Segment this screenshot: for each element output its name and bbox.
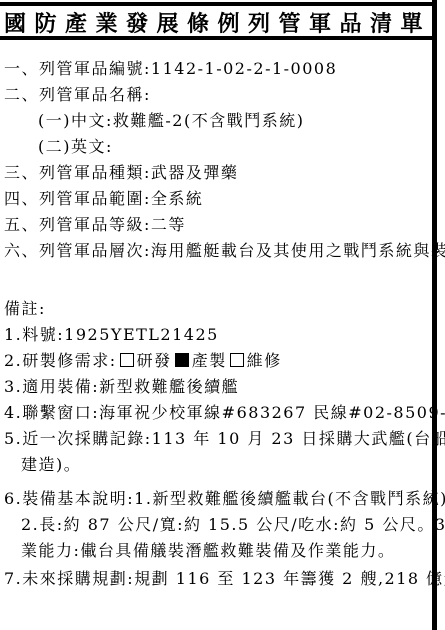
remark-basic-description-line3: 業能力:儎台具備艤裝潛艦救難裝備及作業能力。 bbox=[4, 538, 444, 564]
title-bottom-rule bbox=[0, 36, 432, 40]
checkbox-production-label: 產製 bbox=[192, 351, 227, 370]
remark-value: 1925YETL21425 bbox=[64, 325, 219, 344]
field-item-code: 一、列管軍品編號:1142-1-02-2-1-0008 bbox=[4, 56, 444, 82]
remarks-heading: 備註: bbox=[4, 296, 444, 322]
remark-basic-description-line2: 2.長:約 87 公尺/寬:約 15.5 公尺/吃水:約 5 公尺。3.作 bbox=[4, 512, 444, 538]
remark-value: 海軍祝少校軍線#683267 民線#02-8509-5238 bbox=[99, 403, 445, 422]
checkbox-maintenance-label: 維修 bbox=[247, 351, 282, 370]
remark-value: 1.新型救難艦後續艦載台(不含戰鬥系統)。 bbox=[134, 489, 445, 508]
field-value: 海用艦艇載台及其使用之戰鬥系統與裝備 bbox=[151, 241, 445, 260]
remark-future-procurement: 7.未來採購規劃:規劃 116 至 123 年籌獲 2 艘,218 億元。 bbox=[4, 566, 444, 592]
remark-value: 規劃 116 至 123 年籌獲 2 艘,218 億元。 bbox=[134, 569, 445, 588]
remark-contact: 4.聯繫窗口:海軍祝少校軍線#683267 民線#02-8509-5238 bbox=[4, 400, 444, 426]
field-item-name: 二、列管軍品名稱: bbox=[4, 82, 444, 108]
checkbox-production-icon bbox=[175, 353, 189, 367]
field-label: 一、列管軍品編號: bbox=[4, 59, 151, 78]
remark-label: 3.適用裝備: bbox=[4, 377, 99, 396]
field-label: 二、列管軍品名稱: bbox=[4, 85, 151, 104]
field-label: 五、列管軍品等級: bbox=[4, 215, 151, 234]
remark-label: 4.聯繫窗口: bbox=[4, 403, 99, 422]
field-label: (二)英文: bbox=[38, 137, 113, 156]
remark-basic-description: 6.裝備基本說明:1.新型救難艦後續艦載台(不含戰鬥系統)。 bbox=[4, 486, 444, 512]
page-title: 國防產業發展條例列管軍品清單 bbox=[4, 7, 431, 38]
remark-applicable-equipment: 3.適用裝備:新型救難艦後續艦 bbox=[4, 374, 444, 400]
remark-requirement: 2.研製修需求:研發產製維修 bbox=[4, 348, 444, 374]
remark-value: 113 年 10 月 23 日採購大武艦(台船公司 bbox=[152, 429, 445, 448]
field-value: 二等 bbox=[151, 215, 186, 234]
field-value: 全系統 bbox=[151, 189, 204, 208]
remark-label: 6.裝備基本說明: bbox=[4, 489, 134, 508]
field-value: 救難艦-2(不含戰鬥系統) bbox=[113, 111, 305, 130]
remark-last-procurement-cont: 建造)。 bbox=[4, 452, 444, 478]
remark-label: 5.近一次採購記錄: bbox=[4, 429, 152, 448]
remark-label: 1.料號: bbox=[4, 325, 64, 344]
field-value: 武器及彈藥 bbox=[151, 163, 239, 182]
field-item-grade: 五、列管軍品等級:二等 bbox=[4, 212, 444, 238]
document-body: 一、列管軍品編號:1142-1-02-2-1-0008 二、列管軍品名稱: (一… bbox=[4, 56, 444, 592]
checkbox-research-icon bbox=[120, 353, 134, 367]
field-item-level: 六、列管軍品層次:海用艦艇載台及其使用之戰鬥系統與裝備 bbox=[4, 238, 444, 264]
field-label: 六、列管軍品層次: bbox=[4, 241, 151, 260]
field-item-name-english: (二)英文: bbox=[4, 134, 444, 160]
field-item-name-chinese: (一)中文:救難艦-2(不含戰鬥系統) bbox=[4, 108, 444, 134]
field-value: 1142-1-02-2-1-0008 bbox=[151, 59, 337, 78]
remark-label: 2.研製修需求: bbox=[4, 351, 117, 370]
field-item-scope: 四、列管軍品範圍:全系統 bbox=[4, 186, 444, 212]
checkbox-research-label: 研發 bbox=[137, 351, 172, 370]
remark-last-procurement: 5.近一次採購記錄:113 年 10 月 23 日採購大武艦(台船公司 bbox=[4, 426, 444, 452]
remark-part-number: 1.料號:1925YETL21425 bbox=[4, 322, 444, 348]
remark-label: 7.未來採購規劃: bbox=[4, 569, 134, 588]
field-label: 三、列管軍品種類: bbox=[4, 163, 151, 182]
title-top-rule bbox=[0, 2, 432, 6]
field-label: 四、列管軍品範圍: bbox=[4, 189, 151, 208]
field-item-category: 三、列管軍品種類:武器及彈藥 bbox=[4, 160, 444, 186]
field-label: (一)中文: bbox=[38, 111, 113, 130]
remark-value: 新型救難艦後續艦 bbox=[99, 377, 239, 396]
checkbox-maintenance-icon bbox=[230, 353, 244, 367]
